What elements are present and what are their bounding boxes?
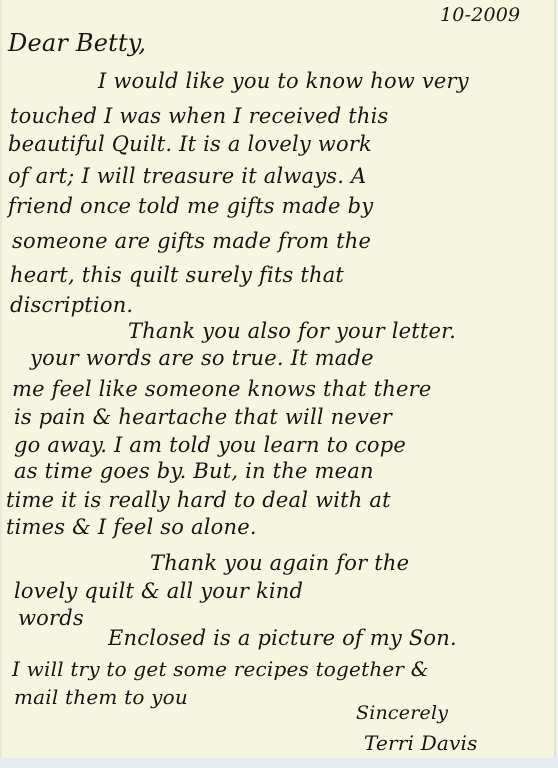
letter-line: your words are so true. It made xyxy=(30,345,374,371)
letter-line: go away. I am told you learn to cope xyxy=(14,432,406,458)
letter-line: times & I feel so alone. xyxy=(6,514,257,540)
letter-line: heart, this quilt surely fits that xyxy=(10,262,344,288)
letter-line: Thank you also for your letter. xyxy=(128,318,456,344)
letter-line: Enclosed is a picture of my Son. xyxy=(108,625,457,651)
letter-line: beautiful Quilt. It is a lovely work xyxy=(8,131,372,157)
letter-page: 10-2009 Dear Betty, I would like you to … xyxy=(0,0,556,758)
letter-line: touched I was when I received this xyxy=(10,103,389,129)
letter-date: 10-2009 xyxy=(440,2,520,28)
letter-line: friend once told me gifts made by xyxy=(8,193,373,219)
letter-line: discription. xyxy=(10,292,133,318)
letter-line: me feel like someone knows that there xyxy=(12,376,432,402)
letter-line: words xyxy=(18,605,84,631)
letter-closing: Sincerely xyxy=(356,700,448,726)
letter-line: mail them to you xyxy=(14,684,188,710)
letter-line: is pain & heartache that will never xyxy=(14,404,392,430)
letter-salutation: Dear Betty, xyxy=(8,30,146,56)
letter-line: lovely quilt & all your kind xyxy=(14,578,303,604)
letter-line: I will try to get some recipes together … xyxy=(12,656,429,682)
letter-line: as time goes by. But, in the mean xyxy=(14,458,374,484)
letter-line: Thank you again for the xyxy=(150,550,409,576)
letter-line: time it is really hard to deal with at xyxy=(6,487,391,513)
letter-line: of art; I will treasure it always. A xyxy=(8,163,366,189)
letter-line: I would like you to know how very xyxy=(98,68,469,94)
scan-bottom-edge xyxy=(0,758,558,768)
letter-line: someone are gifts made from the xyxy=(12,228,371,254)
letter-signature: Terri Davis xyxy=(364,730,478,756)
